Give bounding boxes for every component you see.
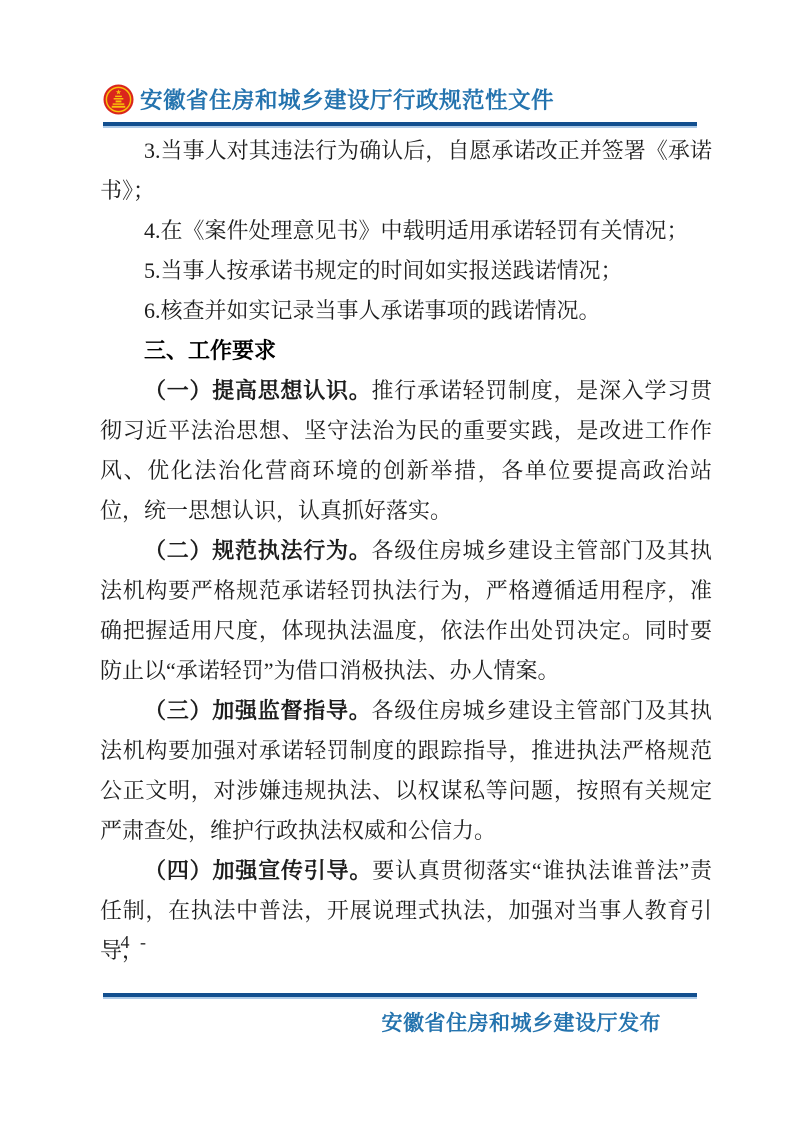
document-footer: 安徽省住房和城乡建设厅发布 (103, 993, 697, 1037)
paragraph-lead: （三）加强监督指导。 (144, 698, 372, 723)
paragraph: 6.核查并如实记录当事人承诺事项的践诺情况。 (100, 291, 712, 331)
paragraph-text: 3.当事人对其违法行为确认后，自愿承诺改正并签署《承诺书》； (100, 138, 712, 203)
paragraph-lead: （二）规范执法行为。 (144, 538, 372, 563)
page-number: - 4 - (104, 932, 149, 953)
document-page: 安徽省住房和城乡建设厅行政规范性文件 3.当事人对其违法行为确认后，自愿承诺改正… (0, 0, 793, 1122)
header-divider (103, 122, 697, 128)
national-emblem-icon (103, 84, 134, 115)
footer-divider (103, 993, 697, 999)
paragraph: 4.在《案件处理意见书》中载明适用承诺轻罚有关情况； (100, 211, 712, 251)
header-title: 安徽省住房和城乡建设厅行政规范性文件 (140, 83, 554, 115)
paragraph: 5.当事人按承诺书规定的时间如实报送践诺情况； (100, 251, 712, 291)
document-body: 3.当事人对其违法行为确认后，自愿承诺改正并签署《承诺书》； 4.在《案件处理意… (100, 131, 712, 971)
paragraph-lead: （一）提高思想认识。 (144, 378, 372, 403)
document-header: 安徽省住房和城乡建设厅行政规范性文件 (103, 83, 697, 128)
section-heading: 三、工作要求 (100, 331, 712, 371)
paragraph: （一）提高思想认识。推行承诺轻罚制度，是深入学习贯彻习近平法治思想、坚守法治为民… (100, 371, 712, 531)
paragraph: （四）加强宣传引导。要认真贯彻落实“谁执法谁普法”责任制，在执法中普法，开展说理… (100, 851, 712, 971)
paragraph: 3.当事人对其违法行为确认后，自愿承诺改正并签署《承诺书》； (100, 131, 712, 211)
paragraph-lead: （四）加强宣传引导。 (144, 858, 372, 883)
paragraph-text: 4.在《案件处理意见书》中载明适用承诺轻罚有关情况； (144, 218, 689, 243)
paragraph-text: 5.当事人按承诺书规定的时间如实报送践诺情况； (144, 258, 623, 283)
paragraph: （三）加强监督指导。各级住房城乡建设主管部门及其执法机构要加强对承诺轻罚制度的跟… (100, 691, 712, 851)
paragraph-text: 6.核查并如实记录当事人承诺事项的践诺情况。 (144, 298, 601, 323)
paragraph: （二）规范执法行为。各级住房城乡建设主管部门及其执法机构要严格规范承诺轻罚执法行… (100, 531, 712, 691)
header-row: 安徽省住房和城乡建设厅行政规范性文件 (103, 83, 697, 115)
publisher-label: 安徽省住房和城乡建设厅发布 (103, 1007, 697, 1037)
